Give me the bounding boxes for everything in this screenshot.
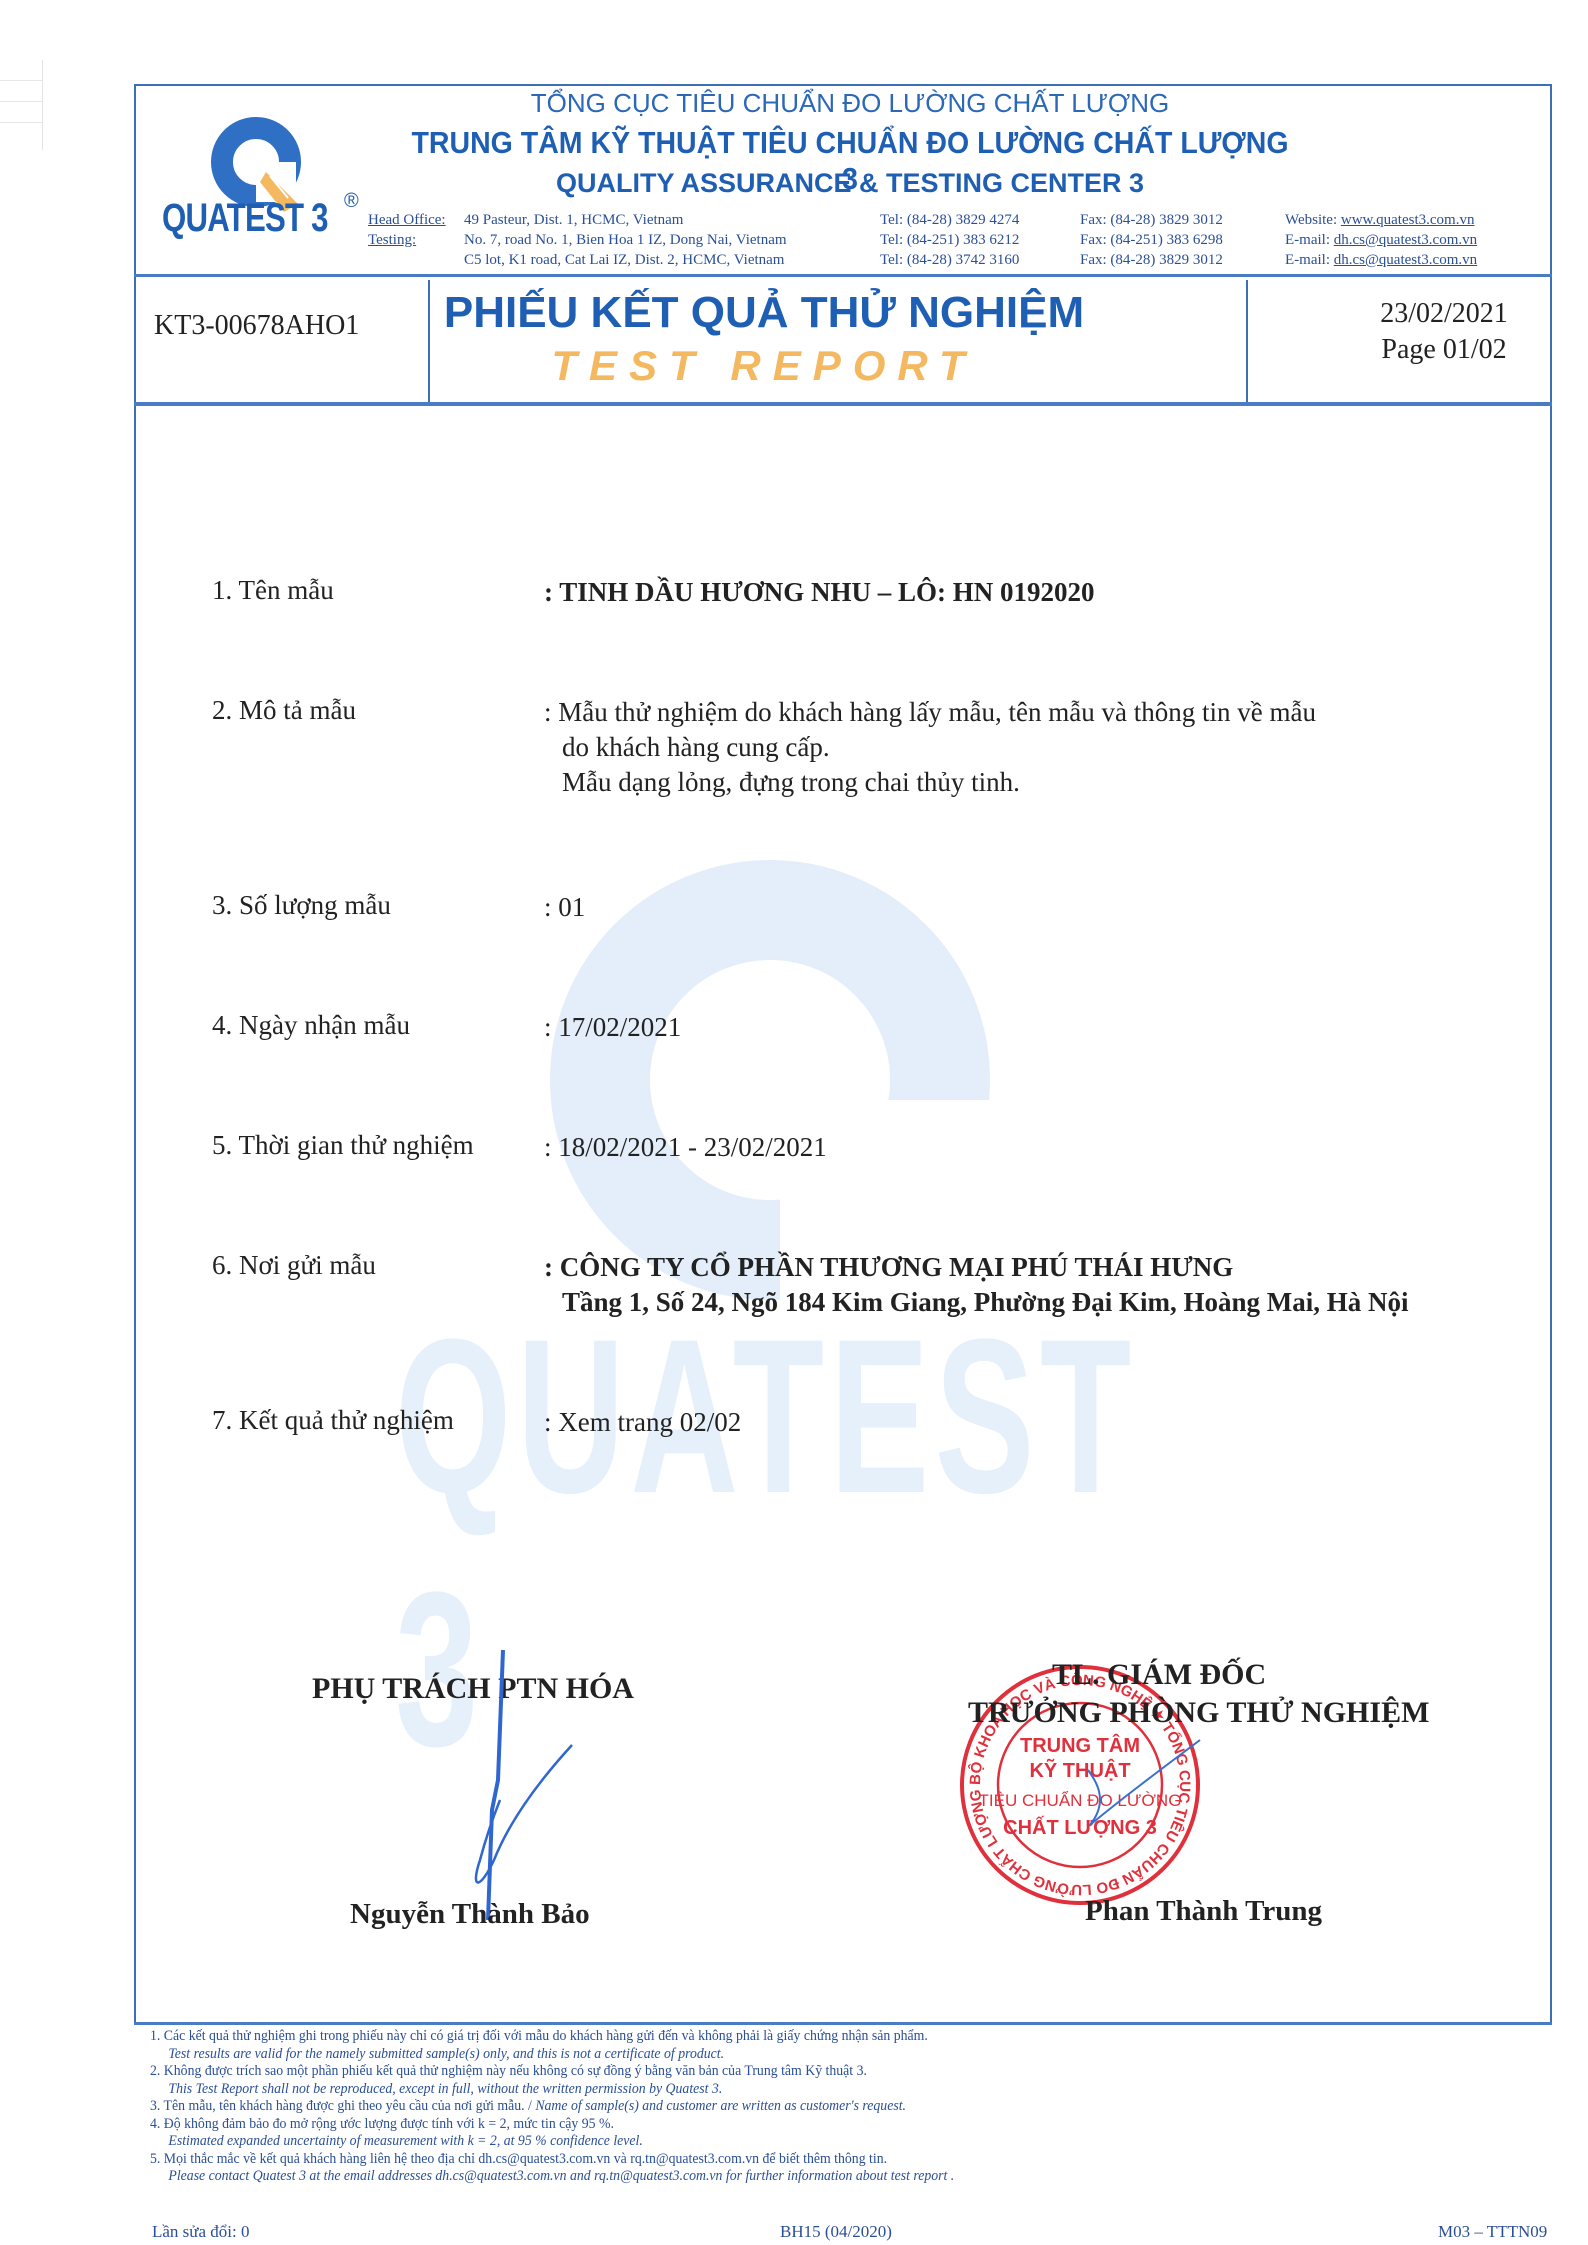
field-value: : 18/02/2021 - 23/02/2021 (544, 1130, 827, 1165)
org-parent-name: TỔNG CỤC TIÊU CHUẨN ĐO LƯỜNG CHẤT LƯỢNG (500, 88, 1200, 119)
report-date: 23/02/2021 (1344, 296, 1544, 332)
field-label: 4. Ngày nhận mẫu (212, 1010, 410, 1041)
right-signer-title-2: TRƯỞNG PHÒNG THỬ NGHIỆM (968, 1696, 1429, 1730)
office-fax: Fax: (84-28) 3829 3012 Fax: (84-251) 383… (1080, 210, 1223, 270)
right-signer-name: Phan Thành Trung (1085, 1895, 1322, 1928)
field-value: : Xem trang 02/02 (544, 1405, 741, 1440)
field-label: 6. Nơi gửi mẫu (212, 1250, 376, 1281)
field-label: 3. Số lượng mẫu (212, 890, 391, 921)
field-value: : CÔNG TY CỔ PHẦN THƯƠNG MẠI PHÚ THÁI HƯ… (544, 1250, 1408, 1320)
signature-left-icon (440, 1650, 600, 1920)
field-value: : Mẫu thử nghiệm do khách hàng lấy mẫu, … (544, 695, 1316, 800)
svg-text:TRUNG TÂM: TRUNG TÂM (1020, 1733, 1140, 1757)
svg-text:TIÊU CHUẨN ĐO LƯỜNG: TIÊU CHUẨN ĐO LƯỜNG (979, 1791, 1182, 1810)
revision-label: Lần sửa đổi: 0 (152, 2222, 250, 2242)
office-addresses: Head Office:49 Pasteur, Dist. 1, HCMC, V… (368, 210, 787, 270)
title-row: KT3-00678AHO1 PHIẾU KẾT QUẢ THỬ NGHIỆM T… (134, 280, 1552, 404)
report-title-vi: PHIẾU KẾT QUẢ THỬ NGHIỆM (434, 288, 1094, 338)
notes-divider (134, 2022, 1552, 2025)
website-link[interactable]: www.quatest3.com.vn (1341, 212, 1475, 228)
page-number: Page 01/02 (1344, 332, 1544, 368)
column-divider (1246, 280, 1248, 404)
report-code: KT3-00678AHO1 (154, 310, 359, 342)
email-link[interactable]: dh.cs@quatest3.com.vn (1334, 252, 1477, 268)
header-divider (134, 274, 1552, 277)
email-link[interactable]: dh.cs@quatest3.com.vn (1334, 232, 1477, 248)
right-signer-title-1: TL. GIÁM ĐỐC (1052, 1658, 1266, 1692)
left-signer-name: Nguyễn Thành Bảo (350, 1898, 590, 1931)
field-label: 1. Tên mẫu (212, 575, 334, 606)
office-phones: Tel: (84-28) 3829 4274 Tel: (84-251) 383… (880, 210, 1019, 270)
title-divider (134, 402, 1552, 406)
office-contacts: Website: www.quatest3.com.vn E-mail: dh.… (1285, 210, 1477, 270)
office-label: Testing: (368, 230, 464, 250)
field-value: : 01 (544, 890, 585, 925)
office-label: Head Office: (368, 210, 464, 230)
form-code: BH15 (04/2020) (780, 2222, 892, 2242)
registered-mark: ® (344, 190, 359, 213)
field-label: 5. Thời gian thử nghiệm (212, 1130, 474, 1161)
svg-text:KỸ THUẬT: KỸ THUẬT (1029, 1758, 1130, 1782)
report-title-en: TEST REPORT (434, 342, 1094, 390)
field-label: 7. Kết quả thử nghiệm (212, 1405, 454, 1436)
scan-artifact (0, 60, 43, 150)
logo-wordmark: QUATEST 3 (162, 196, 328, 241)
field-value: : TINH DẦU HƯƠNG NHU – LÔ: HN 0192020 (544, 575, 1095, 610)
column-divider (428, 280, 430, 404)
svg-text:CHẤT LƯỢNG 3: CHẤT LƯỢNG 3 (1003, 1816, 1157, 1839)
org-name-en: QUALITY ASSURANCE & TESTING CENTER 3 (500, 168, 1200, 199)
report-notes: 1. Các kết quả thử nghiệm ghi trong phiế… (150, 2028, 954, 2186)
field-value: : 17/02/2021 (544, 1010, 681, 1045)
field-label: 2. Mô tả mẫu (212, 695, 356, 726)
report-date-page: 23/02/2021 Page 01/02 (1344, 296, 1544, 368)
document-code: M03 – TTTN09 (1438, 2222, 1547, 2242)
